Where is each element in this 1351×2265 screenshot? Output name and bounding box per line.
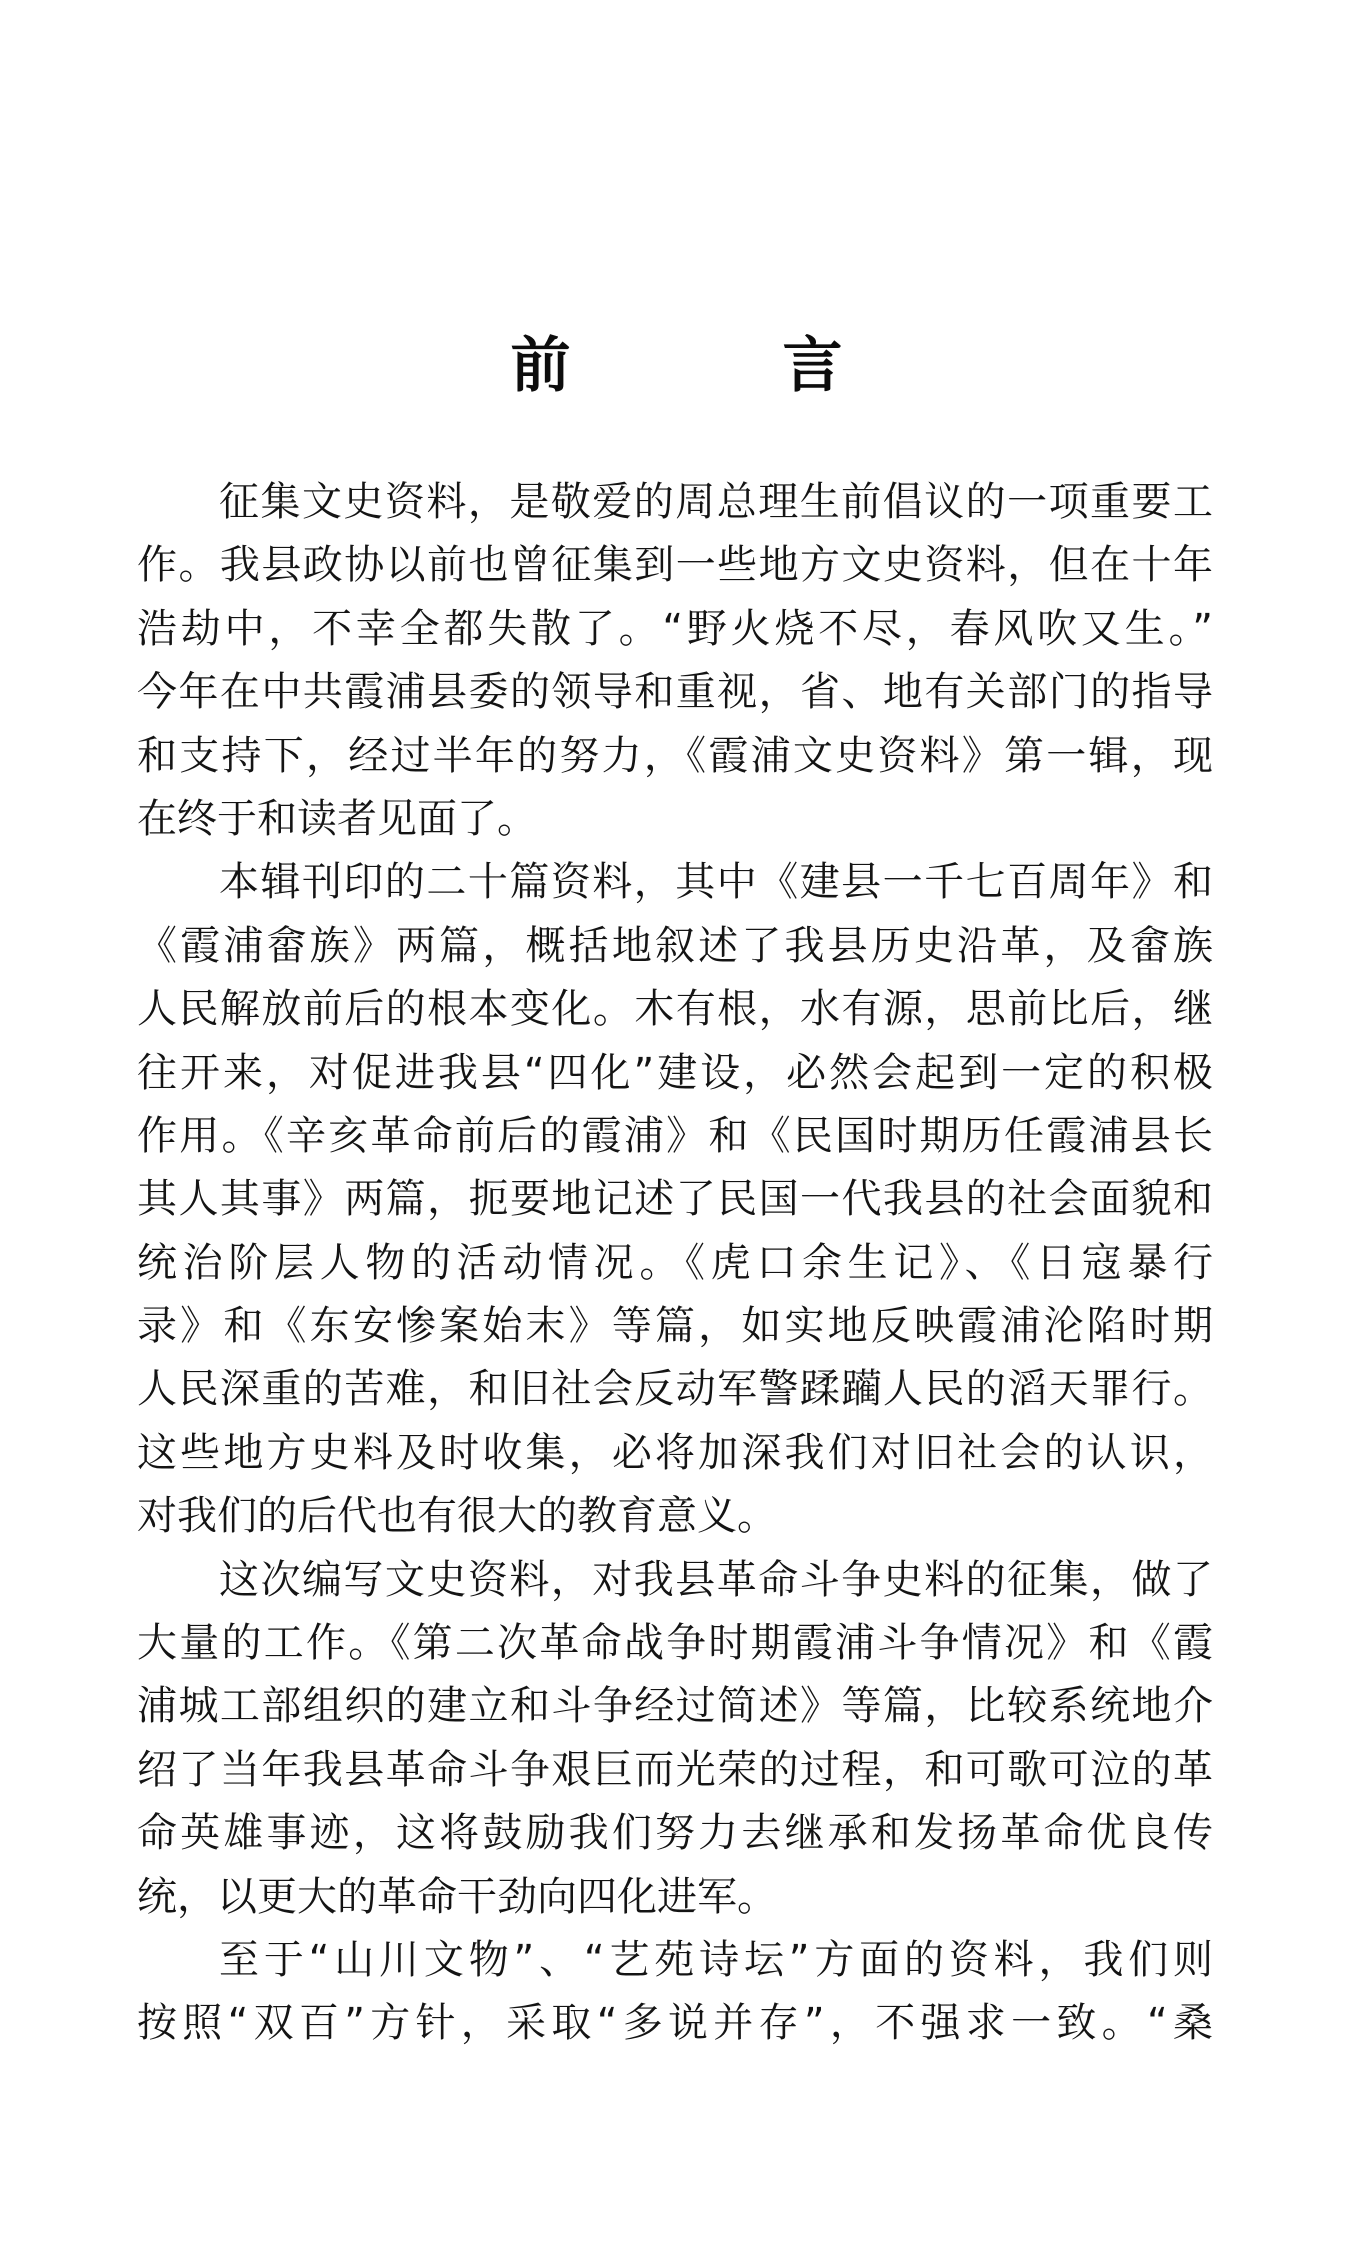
paragraph-2-line-5: 作用。《辛亥革命前后的霞浦》和《民国时期历任霞浦县长 bbox=[137, 1110, 1213, 1173]
paragraph-3-line-3: 浦城工部组织的建立和斗争经过简述》等篇，比较系统地介 bbox=[137, 1680, 1213, 1743]
paragraph-3-line-1: 这次编写文史资料，对我县革命斗争史料的征集，做了 bbox=[137, 1554, 1213, 1617]
paragraph-3-line-2: 大量的工作。《第二次革命战争时期霞浦斗争情况》和《霞 bbox=[137, 1617, 1213, 1680]
paragraph-1-line-5: 和支持下，经过半年的努力，《霞浦文史资料》第一辑，现 bbox=[137, 730, 1213, 793]
paragraph-2-line-9: 人民深重的苦难，和旧社会反动军警蹂躏人民的滔天罪行。 bbox=[137, 1363, 1213, 1426]
paragraph-1-line-2: 作。我县政协以前也曾征集到一些地方文史资料，但在十年 bbox=[137, 539, 1213, 602]
paragraph-1-line-6: 在终于和读者见面了。 bbox=[137, 793, 1213, 856]
title-char-1: 前 bbox=[511, 330, 569, 402]
paragraph-2-line-7: 统治阶层人物的活动情况。《虎口余生记》、《日寇暴行 bbox=[137, 1237, 1213, 1300]
paragraph-3-line-6: 统，以更大的革命干劲向四化进军。 bbox=[137, 1871, 1213, 1934]
paragraph-2-line-2: 《霞浦畲族》两篇，概括地叙述了我县历史沿革，及畲族 bbox=[137, 920, 1213, 983]
paragraph-4-line-2: 按照“双百”方针，采取“多说并存”，不强求一致。“桑 bbox=[137, 1997, 1213, 2060]
paragraph-1-line-3: 浩劫中，不幸全都失散了。“野火烧不尽，春风吹又生。” bbox=[137, 603, 1213, 666]
title-char-2: 言 bbox=[783, 330, 841, 402]
paragraph-2-line-6: 其人其事》两篇，扼要地记述了民国一代我县的社会面貌和 bbox=[137, 1173, 1213, 1236]
paragraph-2-line-8: 录》和《东安惨案始末》等篇，如实地反映霞浦沦陷时期 bbox=[137, 1300, 1213, 1363]
paragraph-2-line-4: 往开来，对促进我县“四化”建设，必然会起到一定的积极 bbox=[137, 1047, 1213, 1110]
paragraph-2-line-10: 这些地方史料及时收集，必将加深我们对旧社会的认识， bbox=[137, 1427, 1213, 1490]
paragraph-2-line-3: 人民解放前后的根本变化。木有根，水有源，思前比后，继 bbox=[137, 983, 1213, 1046]
page-title: 前 言 bbox=[0, 330, 1351, 402]
paragraph-3-line-4: 绍了当年我县革命斗争艰巨而光荣的过程，和可歌可泣的革 bbox=[137, 1744, 1213, 1807]
body-text: 征集文史资料，是敬爱的周总理生前倡议的一项重要工 作。我县政协以前也曾征集到一些… bbox=[137, 476, 1213, 2061]
paragraph-2-line-11: 对我们的后代也有很大的教育意义。 bbox=[137, 1490, 1213, 1553]
paragraph-1-line-1: 征集文史资料，是敬爱的周总理生前倡议的一项重要工 bbox=[137, 476, 1213, 539]
paragraph-2-line-1: 本辑刊印的二十篇资料，其中《建县一千七百周年》和 bbox=[137, 856, 1213, 919]
document-page: 前 言 征集文史资料，是敬爱的周总理生前倡议的一项重要工 作。我县政协以前也曾征… bbox=[0, 0, 1351, 2265]
paragraph-1-line-4: 今年在中共霞浦县委的领导和重视，省、地有关部门的指导 bbox=[137, 666, 1213, 729]
paragraph-4-line-1: 至于“山川文物”、“艺苑诗坛”方面的资料，我们则 bbox=[137, 1934, 1213, 1997]
paragraph-3-line-5: 命英雄事迹，这将鼓励我们努力去继承和发扬革命优良传 bbox=[137, 1807, 1213, 1870]
